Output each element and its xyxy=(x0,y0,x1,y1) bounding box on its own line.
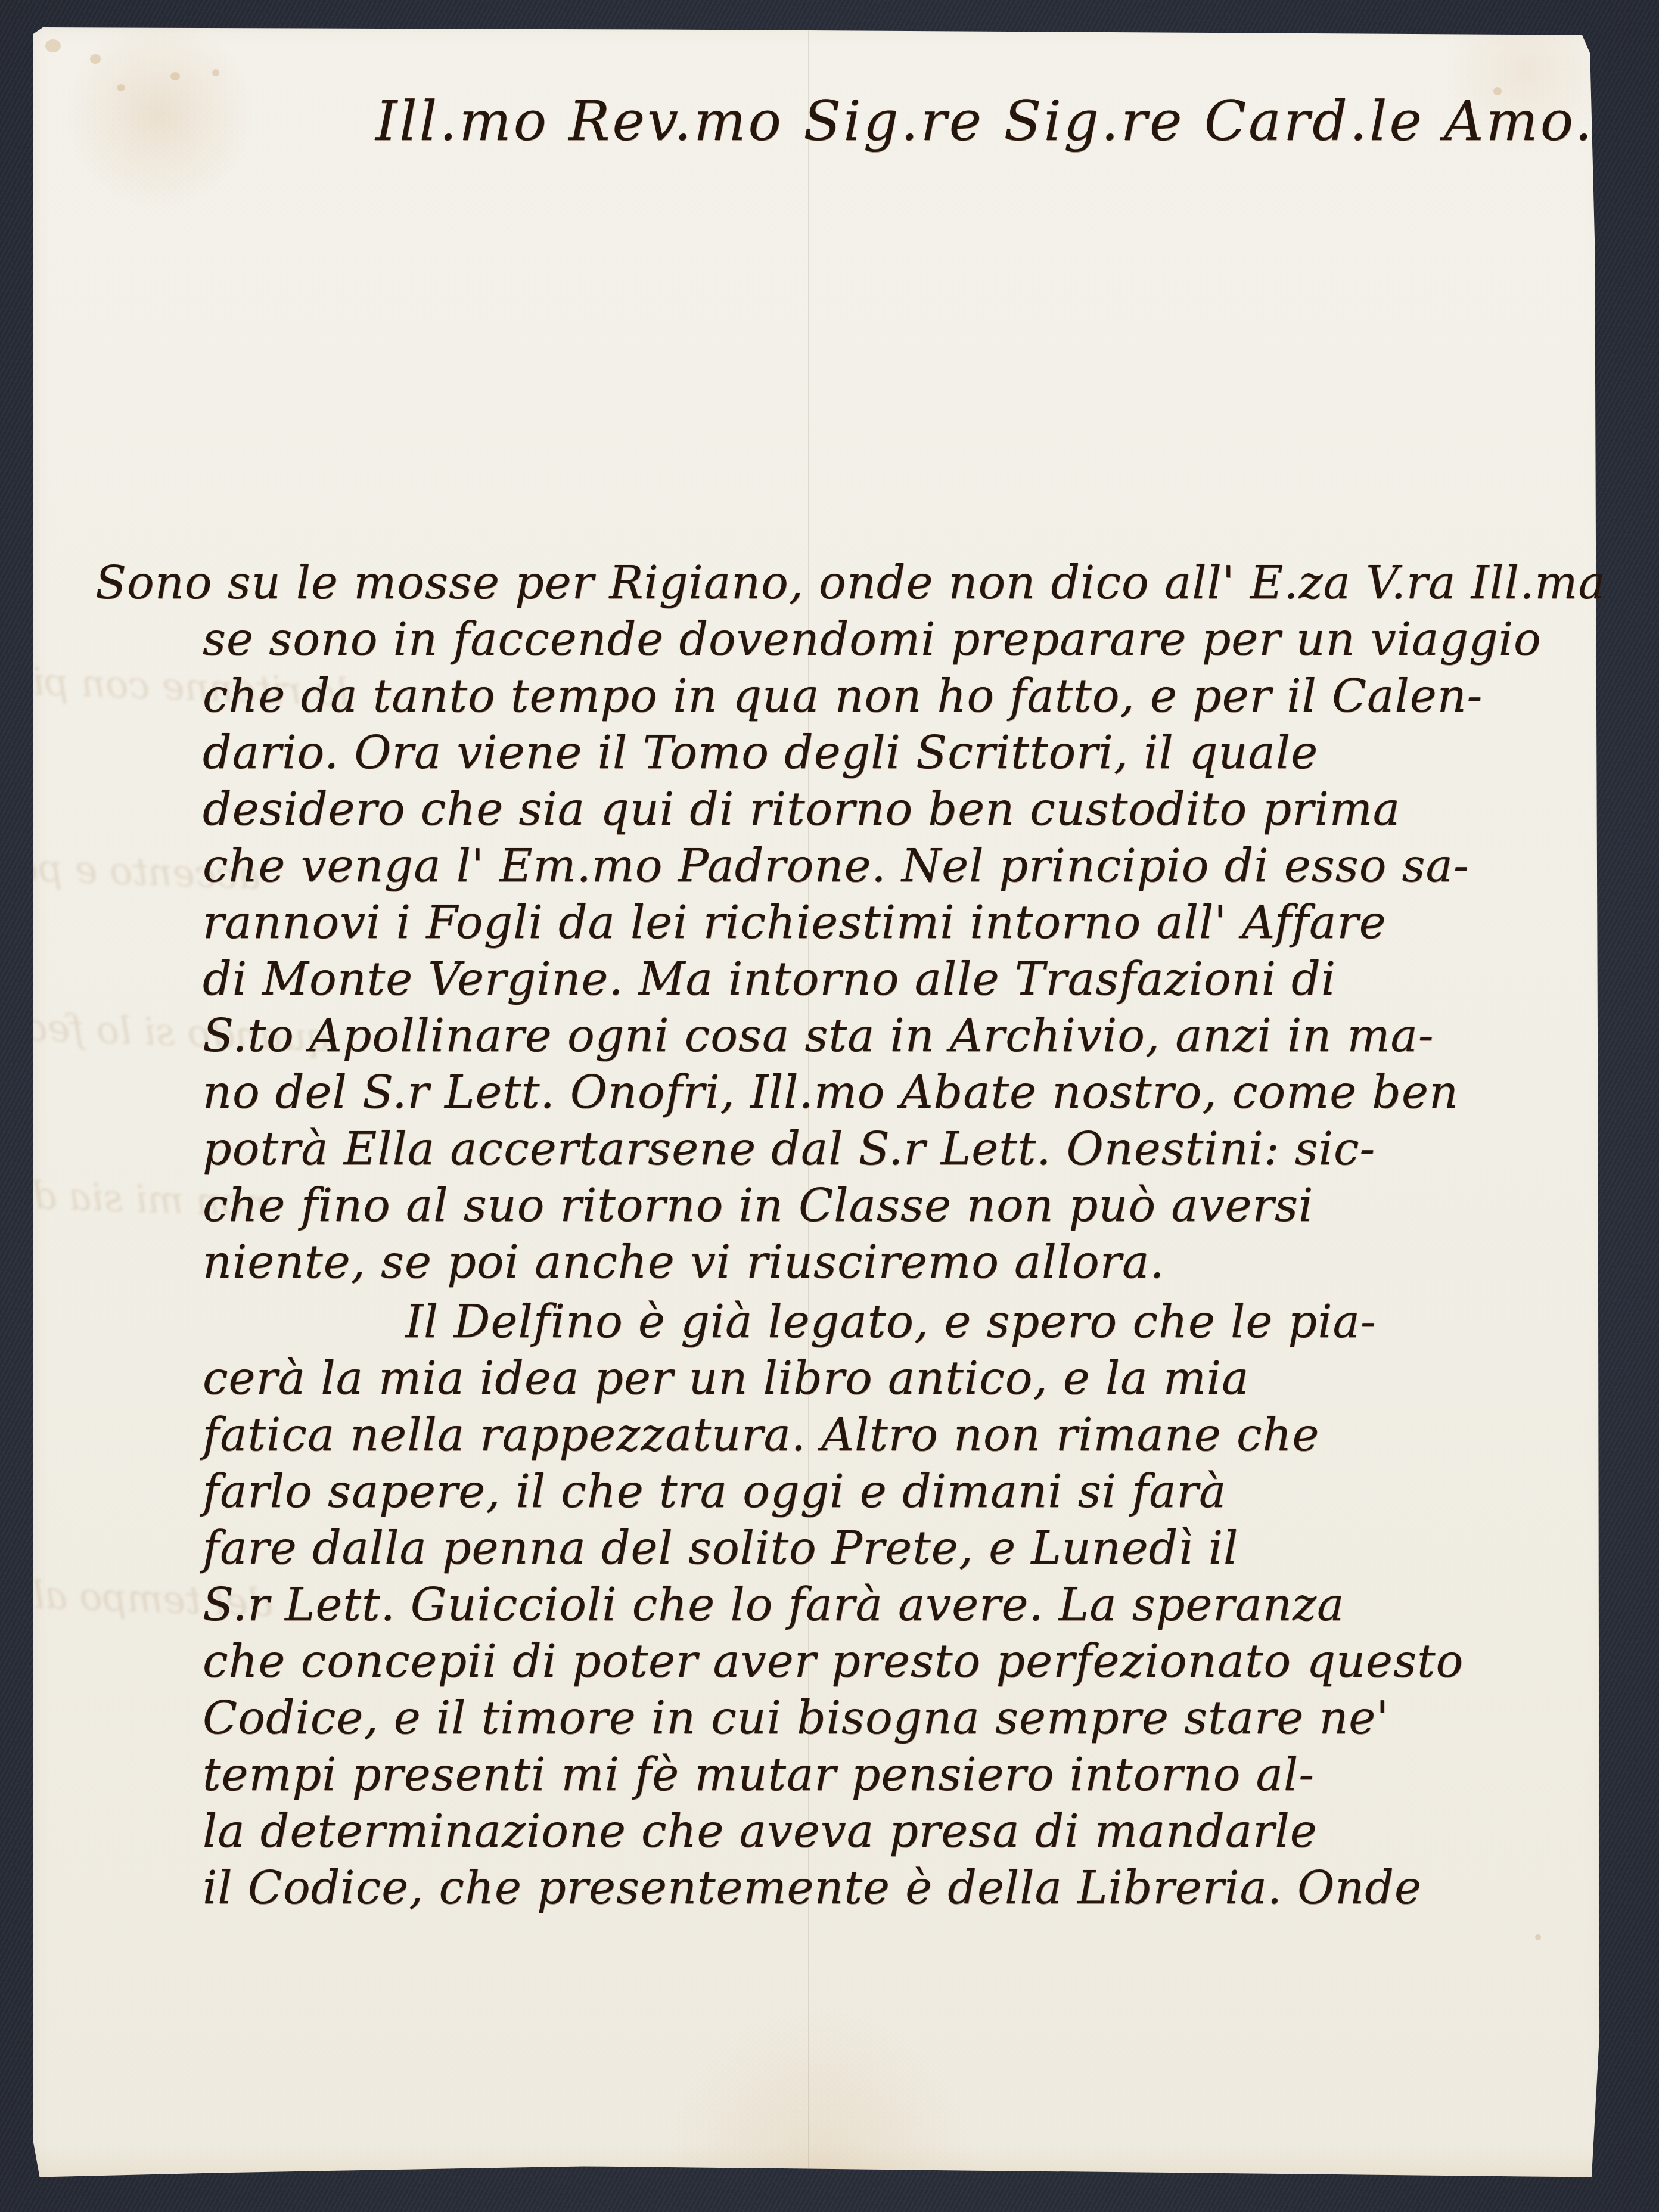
foxing-spot xyxy=(90,54,101,64)
body-line: cerà la mia idea per un libro antico, e … xyxy=(203,1356,1249,1401)
body-line: se sono in faccende dovendomi preparare … xyxy=(203,617,1542,662)
body-line: che concepii di poter aver presto perfez… xyxy=(203,1639,1464,1684)
body-line: che venga l' Em.mo Padrone. Nel principi… xyxy=(203,843,1470,888)
body-line: rannovi i Fogli da lei richiestimi intor… xyxy=(203,900,1387,945)
salutation: Ill.mo Rev.mo Sig.re Sig.re Card.le Amo. xyxy=(375,89,1595,153)
foxing-spot xyxy=(170,72,180,80)
foxing-spot xyxy=(1535,1934,1541,1940)
body-line: S.to Apollinare ogni cosa sta in Archivi… xyxy=(203,1013,1434,1058)
body-line: dario. Ora viene il Tomo degli Scrittori… xyxy=(203,730,1318,775)
body-line: tempi presenti mi fè mutar pensiero into… xyxy=(203,1752,1315,1797)
body-line: fare dalla penna del solito Prete, e Lun… xyxy=(203,1526,1238,1571)
body-line: Codice, e il timore in cui bisogna sempr… xyxy=(203,1695,1389,1741)
paper-lower-edge-stain xyxy=(33,2144,1604,2186)
paper-crease xyxy=(123,27,123,2186)
body-line: S.r Lett. Guiccioli che lo farà avere. L… xyxy=(203,1582,1344,1627)
body-line: di Monte Vergine. Ma intorno alle Trasfa… xyxy=(203,956,1336,1002)
foxing-spot xyxy=(212,69,219,76)
body-line: Il Delfino è già legato, e spero che le … xyxy=(405,1299,1376,1344)
body-line: la determinazione che aveva presa di man… xyxy=(203,1809,1318,1854)
body-line: fatica nella rappezzatura. Altro non rim… xyxy=(203,1412,1319,1458)
body-line: che fino al suo ritorno in Classe non pu… xyxy=(203,1183,1313,1228)
foxing-spot xyxy=(117,84,125,91)
body-line: farlo sapere, il che tra oggi e dimani s… xyxy=(203,1469,1226,1514)
body-line: desidero che sia qui di ritorno ben cust… xyxy=(203,787,1400,832)
body-line: no del S.r Lett. Onofri, Ill.mo Abate no… xyxy=(203,1070,1459,1115)
foxing-spot xyxy=(45,39,61,52)
body-line: il Codice, che presentemente è della Lib… xyxy=(203,1865,1422,1910)
body-line: niente, se poi anche vi riusciremo allor… xyxy=(203,1239,1165,1285)
body-line: che da tanto tempo in qua non ho fatto, … xyxy=(203,673,1483,719)
body-line: Sono su le mosse per Rigiano, onde non d… xyxy=(95,560,1606,605)
body-line: potrà Ella accertarsene dal S.r Lett. On… xyxy=(203,1126,1375,1172)
